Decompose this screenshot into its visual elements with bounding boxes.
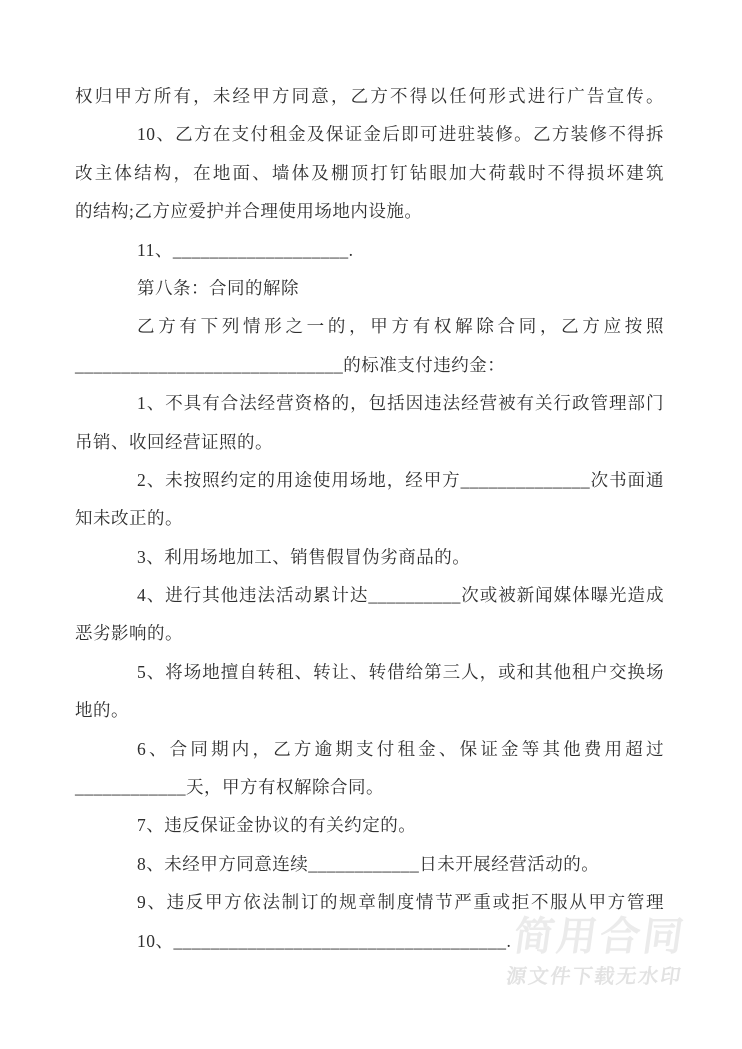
document-line: 10、乙方在支付租金及保证金后即可进驻装修。乙方装修不得拆 (75, 115, 664, 153)
document-line: 1、不具有合法经营资格的，包括因违法经营被有关行政管理部门 (75, 384, 664, 422)
document-line: ____________天，甲方有权解除合同。 (75, 768, 664, 806)
document-line: 恶劣影响的。 (75, 614, 664, 652)
document-line: 3、利用场地加工、销售假冒伪劣商品的。 (75, 538, 664, 576)
watermark-subtitle: 源文件下载无水印 (498, 964, 691, 988)
document-line: 知未改正的。 (75, 499, 664, 537)
document-line: 8、未经甲方同意连续____________日未开展经营活动的。 (75, 845, 664, 883)
document-line: 5、将场地擅自转租、转让、转借给第三人，或和其他租户交换场 (75, 653, 664, 691)
document-line: 地的。 (75, 691, 664, 729)
document-line: 的结构;乙方应爱护并合理使用场地内设施。 (75, 192, 664, 230)
document-line: 6、合同期内，乙方逾期支付租金、保证金等其他费用超过 (75, 730, 664, 768)
contract-body-text: 权归甲方所有，未经甲方同意，乙方不得以任何形式进行广告宣传。 10、乙方在支付租… (75, 77, 664, 960)
document-line: 第八条：合同的解除 (75, 269, 664, 307)
document-line: _____________________________的标准支付违约金： (75, 346, 664, 384)
document-line: 9、违反甲方依法制订的规章制度情节严重或拒不服从甲方管理的。 (75, 883, 664, 921)
document-line: 乙方有下列情形之一的，甲方有权解除合同，乙方应按照 (75, 307, 664, 345)
document-line: 11、___________________. (75, 231, 664, 269)
document-line: 权归甲方所有，未经甲方同意，乙方不得以任何形式进行广告宣传。 (75, 77, 664, 115)
contract-document-page: 权归甲方所有，未经甲方同意，乙方不得以任何形式进行广告宣传。 10、乙方在支付租… (0, 0, 742, 1049)
document-line: 2、未按照约定的用途使用场地，经甲方______________次书面通 (75, 461, 664, 499)
document-line: 4、进行其他违法活动累计达__________次或被新闻媒体曝光造成 (75, 576, 664, 614)
document-line: 10、____________________________________. (75, 922, 664, 960)
document-line: 改主体结构，在地面、墙体及棚顶打钉钻眼加大荷载时不得损坏建筑 (75, 154, 664, 192)
document-line: 吊销、收回经营证照的。 (75, 423, 664, 461)
document-line: 7、违反保证金协议的有关约定的。 (75, 806, 664, 844)
